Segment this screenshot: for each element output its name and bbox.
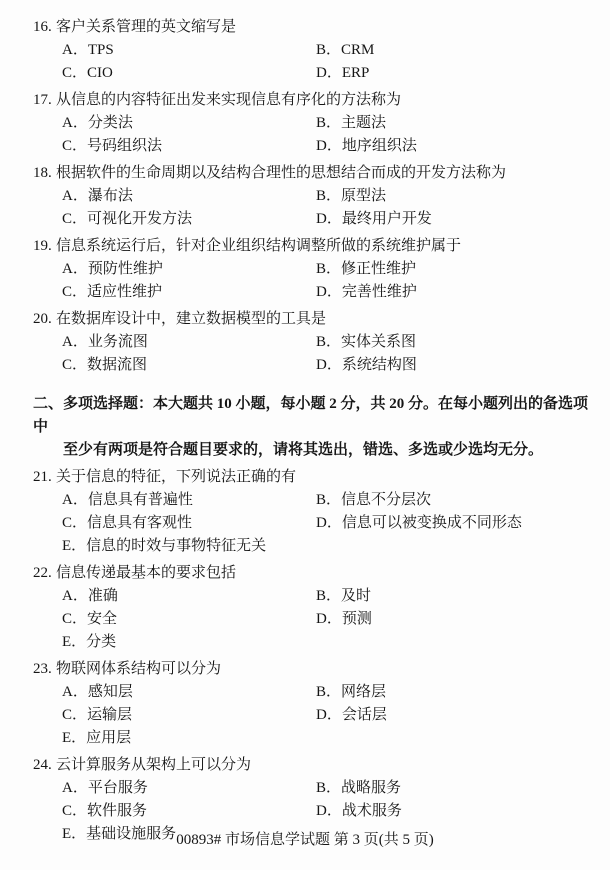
question-19-number: 19. — [33, 235, 56, 258]
option-17-A: A．分类法 — [62, 112, 316, 135]
question-18-options-row-1: A．瀑布法 B．原型法 — [62, 185, 594, 208]
question-23: 23. 物联网体系结构可以分为 A．感知层 B．网络层 C．运输层 D．会话层 … — [33, 658, 594, 750]
question-21-number: 21. — [33, 466, 56, 489]
option-16-A: A．TPS — [62, 39, 316, 62]
option-19-A: A．预防性维护 — [62, 258, 316, 281]
option-19-D: D．完善性维护 — [316, 281, 594, 304]
question-17-number: 17. — [33, 89, 56, 112]
question-19-options-row-1: A．预防性维护 B．修正性维护 — [62, 258, 594, 281]
option-16-B: B．CRM — [316, 39, 594, 62]
question-22: 22. 信息传递最基本的要求包括 A．准确 B．及时 C．安全 D．预测 E．分… — [33, 562, 594, 654]
question-23-number: 23. — [33, 658, 56, 681]
option-18-B: B．原型法 — [316, 185, 594, 208]
question-19-text: 信息系统运行后，针对企业组织结构调整所做的系统维护属于 — [56, 235, 594, 258]
question-21-head: 21. 关于信息的特征，下列说法正确的有 — [33, 466, 594, 489]
question-18-options-row-2: C．可视化开发方法 D．最终用户开发 — [62, 208, 594, 231]
question-17-text: 从信息的内容特征出发来实现信息有序化的方法称为 — [56, 89, 594, 112]
option-19-C: C．适应性维护 — [62, 281, 316, 304]
question-23-head: 23. 物联网体系结构可以分为 — [33, 658, 594, 681]
option-18-D: D．最终用户开发 — [316, 208, 594, 231]
option-20-D: D．系统结构图 — [316, 354, 594, 377]
option-18-A: A．瀑布法 — [62, 185, 316, 208]
option-24-D: D．战术服务 — [316, 800, 594, 823]
option-22-A: A．准确 — [62, 585, 316, 608]
question-20: 20. 在数据库设计中，建立数据模型的工具是 A．业务流图 B．实体关系图 C．… — [33, 308, 594, 377]
exam-page: { "document": { "footer": "00893# 市场信息学试… — [0, 0, 610, 870]
option-22-B: B．及时 — [316, 585, 594, 608]
question-16-text: 客户关系管理的英文缩写是 — [56, 16, 594, 39]
question-18-text: 根据软件的生命周期以及结构合理性的思想结合而成的开发方法称为 — [56, 162, 594, 185]
option-18-C: C．可视化开发方法 — [62, 208, 316, 231]
option-21-E: E．信息的时效与事物特征无关 — [62, 535, 316, 558]
option-23-C: C．运输层 — [62, 704, 316, 727]
option-17-C: C．号码组织法 — [62, 135, 316, 158]
question-24-number: 24. — [33, 754, 56, 777]
question-23-text: 物联网体系结构可以分为 — [56, 658, 594, 681]
option-20-B: B．实体关系图 — [316, 331, 594, 354]
option-23-D: D．会话层 — [316, 704, 594, 727]
page-footer: 00893# 市场信息学试题 第 3 页(共 5 页) — [0, 829, 610, 852]
question-20-head: 20. 在数据库设计中，建立数据模型的工具是 — [33, 308, 594, 331]
option-23-A: A．感知层 — [62, 681, 316, 704]
question-21-text: 关于信息的特征，下列说法正确的有 — [56, 466, 594, 489]
question-16-head: 16. 客户关系管理的英文缩写是 — [33, 16, 594, 39]
question-17-options-row-2: C．号码组织法 D．地序组织法 — [62, 135, 594, 158]
section-2-header: 二、多项选择题：本大题共 10 小题，每小题 2 分，共 20 分。在每小题列出… — [33, 393, 594, 462]
question-22-head: 22. 信息传递最基本的要求包括 — [33, 562, 594, 585]
question-16-number: 16. — [33, 16, 56, 39]
option-16-C: C．CIO — [62, 62, 316, 85]
question-21-options-row-2: C．信息具有客观性 D．信息可以被变换成不同形态 — [62, 512, 594, 535]
question-19-options-row-2: C．适应性维护 D．完善性维护 — [62, 281, 594, 304]
question-16: 16. 客户关系管理的英文缩写是 A．TPS B．CRM C．CIO D．ERP — [33, 16, 594, 85]
option-24-A: A．平台服务 — [62, 777, 316, 800]
question-20-text: 在数据库设计中，建立数据模型的工具是 — [56, 308, 594, 331]
question-19-head: 19. 信息系统运行后，针对企业组织结构调整所做的系统维护属于 — [33, 235, 594, 258]
question-20-options-row-1: A．业务流图 B．实体关系图 — [62, 331, 594, 354]
section-2-header-line-1: 二、多项选择题：本大题共 10 小题，每小题 2 分，共 20 分。在每小题列出… — [33, 393, 594, 439]
option-20-C: C．数据流图 — [62, 354, 316, 377]
option-17-B: B．主题法 — [316, 112, 594, 135]
question-24-options-row-1: A．平台服务 B．战略服务 — [62, 777, 594, 800]
question-23-options-row-1: A．感知层 B．网络层 — [62, 681, 594, 704]
question-21: 21. 关于信息的特征，下列说法正确的有 A．信息具有普遍性 B．信息不分层次 … — [33, 466, 594, 558]
question-24-text: 云计算服务从架构上可以分为 — [56, 754, 594, 777]
question-23-options-row-3: E．应用层 — [62, 727, 594, 750]
question-18: 18. 根据软件的生命周期以及结构合理性的思想结合而成的开发方法称为 A．瀑布法… — [33, 162, 594, 231]
question-24-head: 24. 云计算服务从架构上可以分为 — [33, 754, 594, 777]
question-18-number: 18. — [33, 162, 56, 185]
page-content: 16. 客户关系管理的英文缩写是 A．TPS B．CRM C．CIO D．ERP… — [0, 0, 610, 846]
option-19-B: B．修正性维护 — [316, 258, 594, 281]
option-17-D: D．地序组织法 — [316, 135, 594, 158]
option-23-E: E．应用层 — [62, 727, 316, 750]
section-2-header-line-2: 至少有两项是符合题目要求的，请将其选出，错选、多选或少选均无分。 — [63, 439, 594, 462]
question-20-options-row-2: C．数据流图 D．系统结构图 — [62, 354, 594, 377]
option-21-D: D．信息可以被变换成不同形态 — [316, 512, 594, 535]
option-22-D: D．预测 — [316, 608, 594, 631]
question-22-options-row-3: E．分类 — [62, 631, 594, 654]
option-21-B: B．信息不分层次 — [316, 489, 594, 512]
question-17-options-row-1: A．分类法 B．主题法 — [62, 112, 594, 135]
question-22-options-row-2: C．安全 D．预测 — [62, 608, 594, 631]
question-20-number: 20. — [33, 308, 56, 331]
question-18-head: 18. 根据软件的生命周期以及结构合理性的思想结合而成的开发方法称为 — [33, 162, 594, 185]
option-24-C: C．软件服务 — [62, 800, 316, 823]
question-22-number: 22. — [33, 562, 56, 585]
question-19: 19. 信息系统运行后，针对企业组织结构调整所做的系统维护属于 A．预防性维护 … — [33, 235, 594, 304]
question-24-options-row-2: C．软件服务 D．战术服务 — [62, 800, 594, 823]
question-17-head: 17. 从信息的内容特征出发来实现信息有序化的方法称为 — [33, 89, 594, 112]
option-21-A: A．信息具有普遍性 — [62, 489, 316, 512]
question-16-options-row-2: C．CIO D．ERP — [62, 62, 594, 85]
question-22-text: 信息传递最基本的要求包括 — [56, 562, 594, 585]
question-16-options-row-1: A．TPS B．CRM — [62, 39, 594, 62]
option-20-A: A．业务流图 — [62, 331, 316, 354]
option-21-C: C．信息具有客观性 — [62, 512, 316, 535]
option-16-D: D．ERP — [316, 62, 594, 85]
option-23-B: B．网络层 — [316, 681, 594, 704]
question-22-options-row-1: A．准确 B．及时 — [62, 585, 594, 608]
question-17: 17. 从信息的内容特征出发来实现信息有序化的方法称为 A．分类法 B．主题法 … — [33, 89, 594, 158]
question-23-options-row-2: C．运输层 D．会话层 — [62, 704, 594, 727]
option-24-B: B．战略服务 — [316, 777, 594, 800]
question-21-options-row-3: E．信息的时效与事物特征无关 — [62, 535, 594, 558]
option-22-E: E．分类 — [62, 631, 316, 654]
question-21-options-row-1: A．信息具有普遍性 B．信息不分层次 — [62, 489, 594, 512]
option-22-C: C．安全 — [62, 608, 316, 631]
